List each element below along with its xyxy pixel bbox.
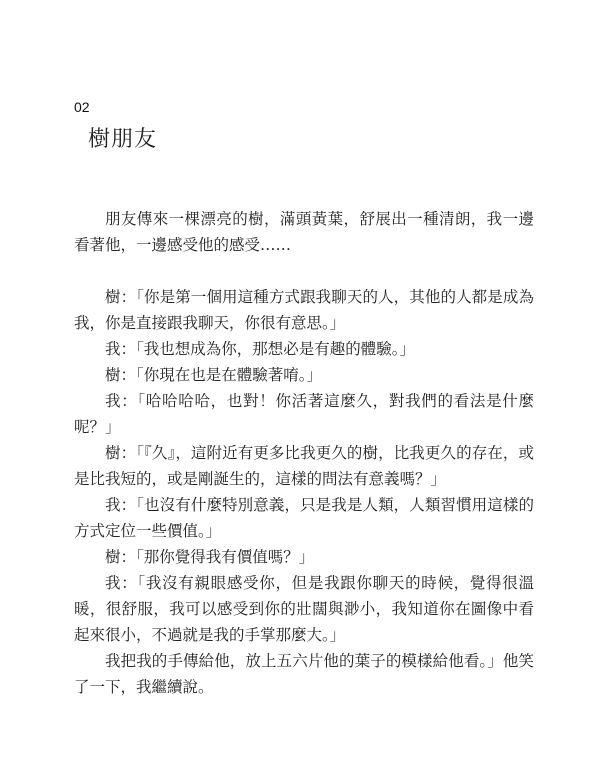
paragraph-gap xyxy=(74,258,534,284)
dialogue-line: 樹：「那你覺得我有價值嗎？」 xyxy=(74,544,534,570)
dialogue-line: 樹：「你是第一個用這種方式跟我聊天的人，其他的人都是成為我，你是直接跟我聊天，你… xyxy=(74,284,534,336)
dialogue-line: 我：「我沒有親眼感受你，但是我跟你聊天的時候，覺得很溫暖，很舒服，我可以感受到你… xyxy=(74,570,534,648)
narration-line: 我把我的手傳給他，放上五六片他的葉子的模樣給他看。」他笑了一下，我繼續說。 xyxy=(74,648,534,700)
dialogue-line: 樹：「『久』，這附近有更多比我更久的樹，比我更久的存在，或是比我短的，或是剛誕生… xyxy=(74,440,534,492)
dialogue-line: 我：「也沒有什麼特別意義，只是我是人類，人類習慣用這樣的方式定位一些價值。」 xyxy=(74,492,534,544)
dialogue-line: 樹：「你現在也是在體驗著唷。」 xyxy=(74,362,534,388)
dialogue-line: 我：「哈哈哈哈，也對！你活著這麼久，對我們的看法是什麼呢？」 xyxy=(74,388,534,440)
dialogue-line: 我：「我也想成為你，那想必是有趣的體驗。」 xyxy=(74,336,534,362)
chapter-title: 樹朋友 xyxy=(88,122,157,153)
paragraph-intro: 朋友傳來一棵漂亮的樹，滿頭黃葉，舒展出一種清朗，我一邊看著他，一邊感受他的感受…… xyxy=(74,206,534,258)
chapter-body: 朋友傳來一棵漂亮的樹，滿頭黃葉，舒展出一種清朗，我一邊看著他，一邊感受他的感受…… xyxy=(74,206,534,700)
chapter-number: 02 xyxy=(74,99,90,115)
